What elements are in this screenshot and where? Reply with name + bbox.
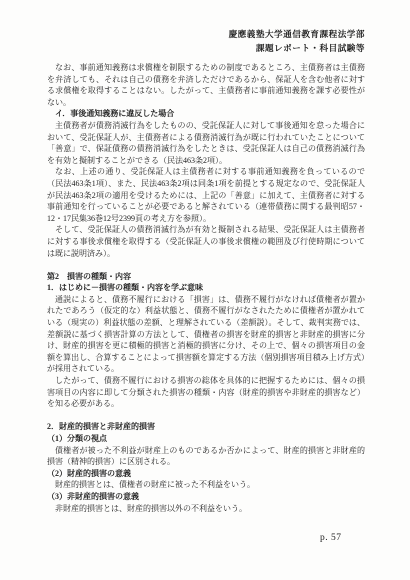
body-paragraph: したがって、債務不履行における損害の総体を具体的に把握するためには、個々の損害項… — [47, 375, 365, 410]
section-heading: （3）非財産的損害の意義 — [47, 491, 365, 503]
section-heading: イ．事後通知義務に違反した場合 — [47, 108, 365, 120]
body-paragraph: 債権者が被った不利益が財産上のものであるか否かによって、財産的損害と非財産的損害… — [47, 445, 365, 468]
document-header: 慶應義塾大学通信教育課程法学部 課題レポート・科目試験等 — [229, 27, 365, 55]
section-heading: 1．はじめに－損害の種類・内容を学ぶ意味 — [47, 282, 365, 294]
body-paragraph: なお、上述の通り、受託保証人は主債務者に対する事前通知義務を負っているので（民法… — [47, 166, 365, 224]
body-paragraph: なお、事前通知義務は求償権を制限するための制度であるところ、主債務者は主債務を弁… — [47, 62, 365, 108]
section-heading: 第2 損害の種類・内容 — [47, 271, 365, 283]
body-paragraph: 通説によると、債務不履行における「損害」は、債務不履行がなければ債権者が置かれた… — [47, 294, 365, 375]
section-heading: （1）分類の視点 — [47, 433, 365, 445]
section-heading: 2．財産的損害と非財産的損害 — [47, 421, 365, 433]
header-university-line: 慶應義塾大学通信教育課程法学部 — [229, 27, 365, 41]
body-paragraph: そして、受託保証人の債務消滅行為が有効と擬制される結果、受託保証人は主債務者に対… — [47, 224, 365, 259]
section-heading: （2）財産的損害の意義 — [47, 468, 365, 480]
header-report-line: 課題レポート・科目試験等 — [229, 41, 365, 55]
page-number: p. 57 — [320, 533, 342, 543]
body-paragraph: 財産的損害とは、債権者の財産に被った不利益をいう。 — [47, 479, 365, 491]
document-page: 慶應義塾大学通信教育課程法学部 課題レポート・科目試験等 なお、事前通知義務は求… — [0, 0, 410, 580]
blank-line — [47, 410, 365, 422]
body-paragraph: 主債務者が債務消滅行為をしたものの、受託保証人に対して事後通知を怠った場合におい… — [47, 120, 365, 166]
body-paragraph: 非財産的損害とは、財産的損害以外の不利益をいう。 — [47, 503, 365, 515]
document-body: なお、事前通知義務は求償権を制限するための制度であるところ、主債務者は主債務を弁… — [47, 62, 365, 514]
blank-line — [47, 259, 365, 271]
